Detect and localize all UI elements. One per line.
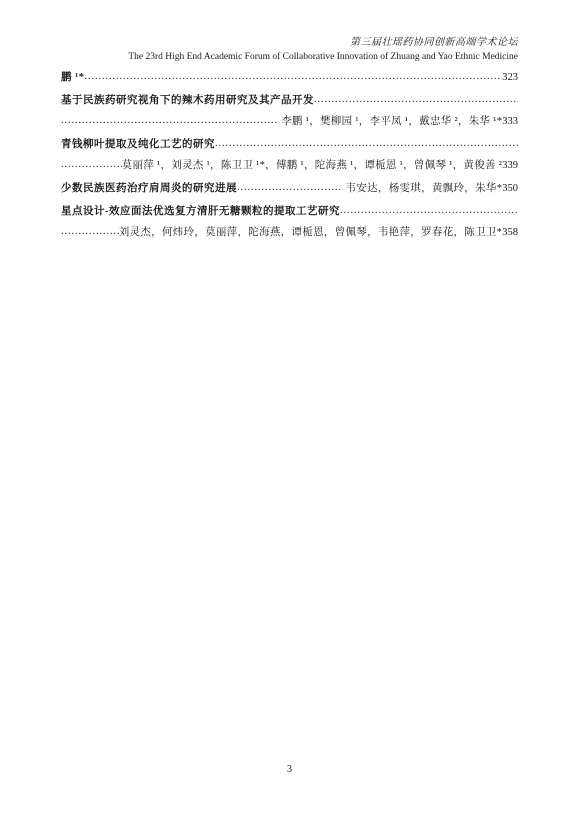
table-of-contents: 鹏 ¹* 323 基于民族药研究视角下的辣木药用研究及其产品开发 李鹏 ¹，樊柳… bbox=[61, 67, 518, 243]
toc-line: 李鹏 ¹，樊柳园 ¹，李平凤 ¹，戴忠华 ²，朱华 ¹* 333 bbox=[61, 111, 518, 132]
dot-leader bbox=[215, 133, 518, 154]
dot-leader bbox=[237, 177, 343, 198]
dot-leader bbox=[340, 200, 518, 221]
footer-page-number: 3 bbox=[0, 764, 579, 775]
toc-line: 刘灵杰，何炜玲，莫丽萍，陀海燕，谭栀恩，曾佩琴，韦艳萍，罗春花，陈卫卫* 358 bbox=[61, 222, 518, 243]
toc-page-number: 333 bbox=[502, 111, 518, 132]
dot-leader bbox=[61, 221, 119, 242]
toc-entry: 星点设计-效应面法优选复方清肝无糖颗粒的提取工艺研究 刘灵杰，何炜玲，莫丽萍，陀… bbox=[61, 201, 518, 243]
dot-leader bbox=[61, 154, 122, 175]
toc-line: 莫丽萍 ¹，刘灵杰 ¹，陈卫卫 ¹*，傅鹏 ¹，陀海燕 ¹，谭栀恩 ¹，曾佩琴 … bbox=[61, 155, 518, 176]
toc-entry: 鹏 ¹* 323 bbox=[61, 67, 518, 88]
dot-leader bbox=[85, 66, 503, 87]
toc-continuation-text: 鹏 ¹* bbox=[61, 67, 85, 88]
toc-authors: 刘灵杰，何炜玲，莫丽萍，陀海燕，谭栀恩，曾佩琴，韦艳萍，罗春花，陈卫卫* bbox=[119, 222, 503, 243]
toc-page-number: 323 bbox=[502, 67, 518, 88]
document-page: 第三届壮瑶药协同创新高端学术论坛 The 23rd High End Acade… bbox=[0, 0, 579, 819]
toc-article-title: 少数民族医药治疗肩周炎的研究进展 bbox=[61, 178, 237, 199]
toc-line: 基于民族药研究视角下的辣木药用研究及其产品开发 bbox=[61, 90, 518, 111]
toc-article-title: 星点设计-效应面法优选复方清肝无糖颗粒的提取工艺研究 bbox=[61, 201, 340, 222]
toc-authors: 李鹏 ¹，樊柳园 ¹，李平凤 ¹，戴忠华 ²，朱华 ¹* bbox=[278, 111, 502, 132]
toc-article-title: 基于民族药研究视角下的辣木药用研究及其产品开发 bbox=[61, 90, 314, 111]
toc-line: 少数民族医药治疗肩周炎的研究进展 韦安达，杨雯琪，黄飘玲，朱华* 350 bbox=[61, 178, 518, 199]
dot-leader bbox=[61, 110, 278, 131]
toc-page-number: 350 bbox=[502, 178, 518, 199]
toc-entry: 少数民族医药治疗肩周炎的研究进展 韦安达，杨雯琪，黄飘玲，朱华* 350 bbox=[61, 178, 518, 199]
toc-entry: 基于民族药研究视角下的辣木药用研究及其产品开发 李鹏 ¹，樊柳园 ¹，李平凤 ¹… bbox=[61, 90, 518, 132]
toc-authors: 韦安达，杨雯琪，黄飘玲，朱华* bbox=[343, 178, 503, 199]
toc-authors: 莫丽萍 ¹，刘灵杰 ¹，陈卫卫 ¹*，傅鹏 ¹，陀海燕 ¹，谭栀恩 ¹，曾佩琴 … bbox=[122, 155, 503, 176]
toc-line: 星点设计-效应面法优选复方清肝无糖颗粒的提取工艺研究 bbox=[61, 201, 518, 222]
running-header-chinese: 第三届壮瑶药协同创新高端学术论坛 bbox=[61, 36, 518, 50]
toc-entry: 青钱柳叶提取及纯化工艺的研究 莫丽萍 ¹，刘灵杰 ¹，陈卫卫 ¹*，傅鹏 ¹，陀… bbox=[61, 134, 518, 176]
running-header-english: The 23rd High End Academic Forum of Coll… bbox=[61, 50, 518, 64]
toc-line: 鹏 ¹* 323 bbox=[61, 67, 518, 88]
toc-line: 青钱柳叶提取及纯化工艺的研究 bbox=[61, 134, 518, 155]
toc-page-number: 358 bbox=[502, 222, 518, 243]
toc-page-number: 339 bbox=[502, 155, 518, 176]
dot-leader bbox=[314, 89, 518, 110]
toc-article-title: 青钱柳叶提取及纯化工艺的研究 bbox=[61, 134, 215, 155]
